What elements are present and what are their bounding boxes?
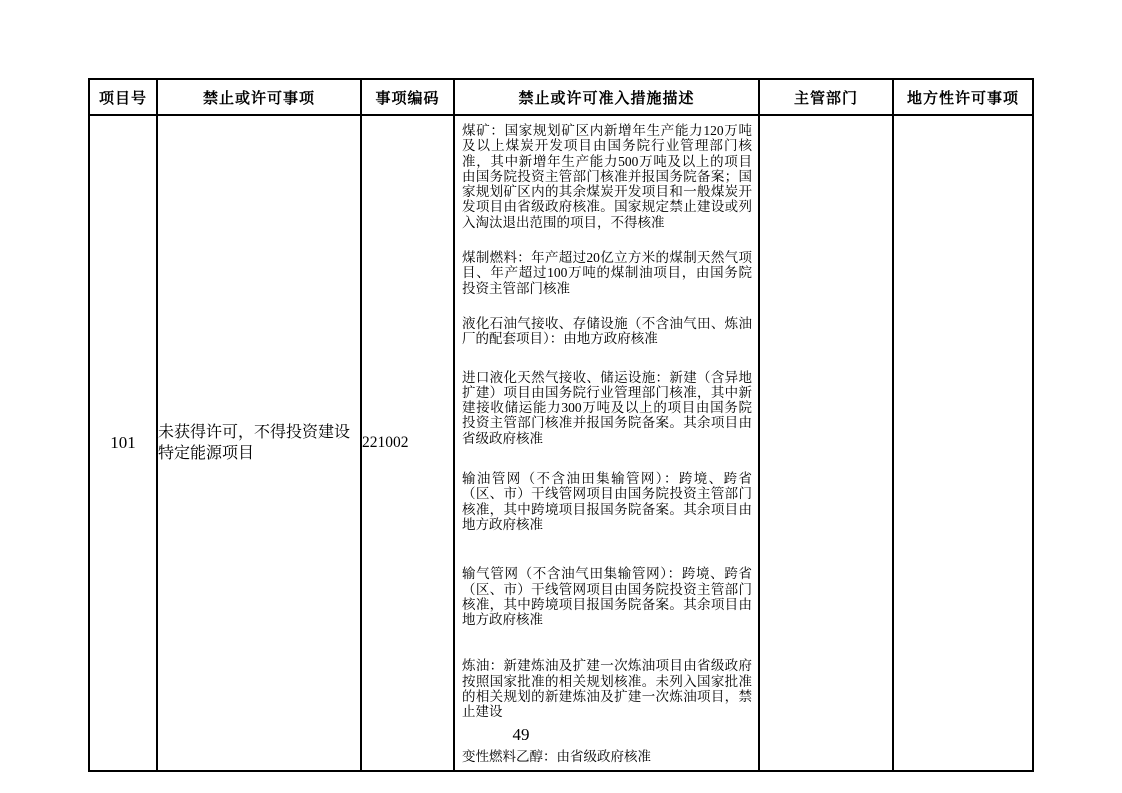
cell-authority <box>759 115 893 771</box>
measure-paragraph: 煤矿：国家规划矿区内新增年生产能力120万吨及以上煤炭开发项目由国务院行业管理部… <box>462 123 752 230</box>
permit-table: 项目号 禁止或许可事项 事项编码 禁止或许可准入措施描述 主管部门 地方性许可事… <box>88 78 1034 772</box>
cell-item-code: 221002 <box>361 115 454 771</box>
cell-local-permit <box>893 115 1033 771</box>
measure-paragraph: 输油管网（不含油田集输管网）：跨境、跨省（区、市）干线管网项目由国务院投资主管部… <box>462 471 752 532</box>
col-header-item-code: 事项编码 <box>361 79 454 115</box>
document-page: 项目号 禁止或许可事项 事项编码 禁止或许可准入措施描述 主管部门 地方性许可事… <box>0 0 1122 793</box>
measure-paragraph: 进口液化天然气接收、储运设施：新建（含异地扩建）项目由国务院行业管理部门核准，其… <box>462 370 752 446</box>
measures-paragraph-list: 煤矿：国家规划矿区内新增年生产能力120万吨及以上煤炭开发项目由国务院行业管理部… <box>455 116 758 770</box>
col-header-measures: 禁止或许可准入措施描述 <box>454 79 759 115</box>
cell-project-no: 101 <box>89 115 157 771</box>
col-header-item-name: 禁止或许可事项 <box>157 79 361 115</box>
measure-paragraph: 液化石油气接收、存储设施（不含油气田、炼油厂的配套项目）：由地方政府核准 <box>462 316 752 347</box>
table-row: 101 未获得许可，不得投资建设特定能源项目 221002 煤矿：国家规划矿区内… <box>89 115 1033 771</box>
page-number: 49 <box>0 725 1042 745</box>
cell-measures: 煤矿：国家规划矿区内新增年生产能力120万吨及以上煤炭开发项目由国务院行业管理部… <box>454 115 759 771</box>
measure-paragraph: 输气管网（不含油气田集输管网）：跨境、跨省（区、市）干线管网项目由国务院投资主管… <box>462 566 752 627</box>
table-header-row: 项目号 禁止或许可事项 事项编码 禁止或许可准入措施描述 主管部门 地方性许可事… <box>89 79 1033 115</box>
col-header-project-no: 项目号 <box>89 79 157 115</box>
measure-paragraph: 变性燃料乙醇：由省级政府核准 <box>462 749 752 764</box>
col-header-local-permit: 地方性许可事项 <box>893 79 1033 115</box>
measure-paragraph: 炼油：新建炼油及扩建一次炼油项目由省级政府按照国家批准的相关规划核准。未列入国家… <box>462 658 752 719</box>
cell-item-name: 未获得许可，不得投资建设特定能源项目 <box>157 115 361 771</box>
measure-paragraph: 煤制燃料：年产超过20亿立方米的煤制天然气项目、年产超过100万吨的煤制油项目，… <box>462 250 752 296</box>
col-header-authority: 主管部门 <box>759 79 893 115</box>
